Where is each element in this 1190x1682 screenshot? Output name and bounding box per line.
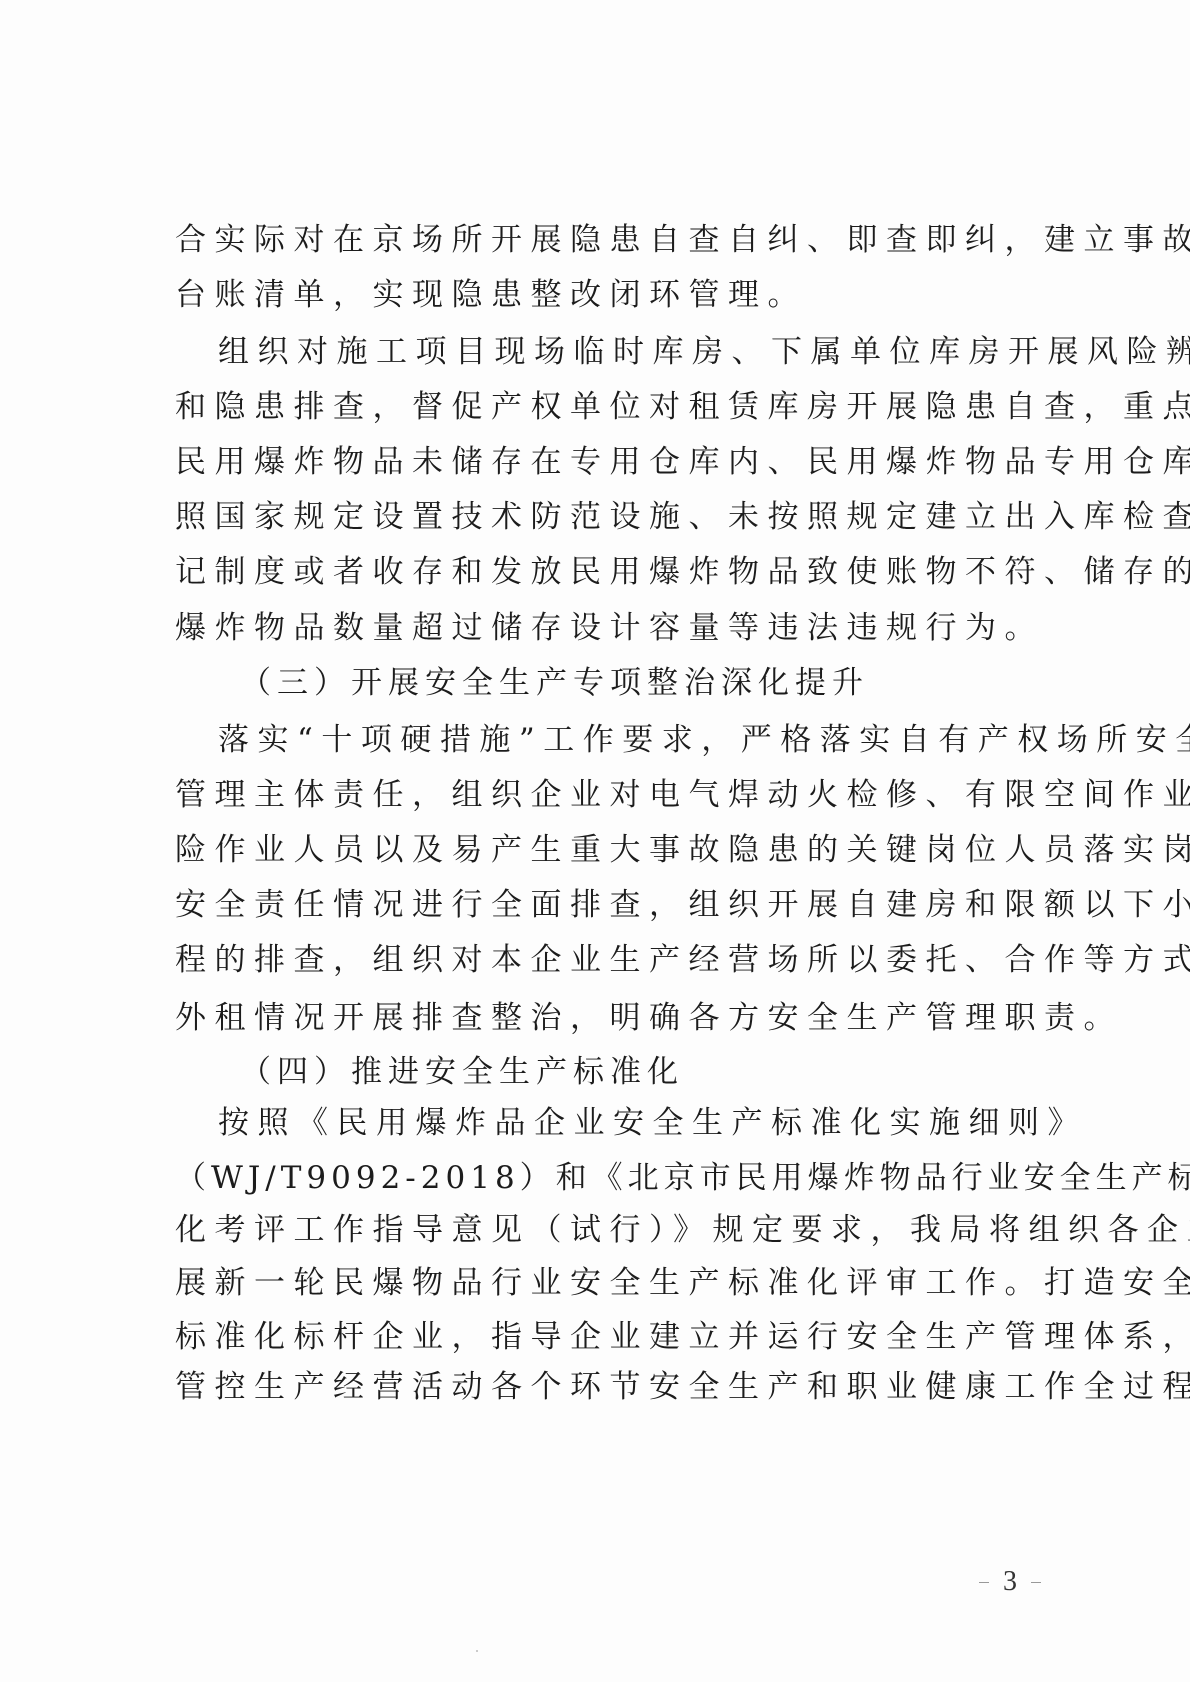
- paragraph-line: 民用爆炸物品未储存在专用仓库内、民用爆炸物品专用仓库未按: [175, 442, 1055, 482]
- paragraph-line: 落实“十项硬措施”工作要求，严格落实自有产权场所安全: [218, 720, 1055, 760]
- paragraph-line: 化考评工作指导意见（试行）》规定要求，我局将组织各企业开: [175, 1210, 1055, 1250]
- paragraph-line: （WJ/T9092-2018）和《北京市民用爆炸物品行业安全生产标准: [175, 1158, 1055, 1198]
- paragraph-line: 管控生产经营活动各个环节安全生产和职业健康工作全过程，切: [175, 1367, 1055, 1407]
- paragraph-line: 和隐患排查，督促产权单位对租赁库房开展隐患自查，重点防范: [175, 387, 1055, 427]
- dash-left: [979, 1582, 989, 1583]
- paragraph-line: 险作业人员以及易产生重大事故隐患的关键岗位人员落实岗位: [175, 830, 1055, 870]
- page-number-value: 3: [1003, 1566, 1017, 1598]
- paragraph-line: 标准化标杆企业，指导企业建立并运行安全生产管理体系，全面: [175, 1317, 1055, 1357]
- paragraph-line: 安全责任情况进行全面排查，组织开展自建房和限额以下小型工: [175, 885, 1055, 925]
- paragraph-line: 外租情况开展排查整治，明确各方安全生产管理职责。: [175, 998, 1055, 1038]
- paragraph-line: 记制度或者收存和发放民用爆炸物品致使账物不符、储存的民用: [175, 552, 1055, 592]
- dash-right: [1031, 1582, 1041, 1583]
- section-heading: （三）开展安全生产专项整治深化提升: [240, 663, 1055, 703]
- paragraph-line: 展新一轮民爆物品行业安全生产标准化评审工作。打造安全生产: [175, 1263, 1055, 1303]
- paragraph-line: 管理主体责任，组织企业对电气焊动火检修、有限空间作业等危: [175, 775, 1055, 815]
- paragraph-line: 按照《民用爆炸品企业安全生产标准化实施细则》: [218, 1103, 1055, 1143]
- document-page: 合实际对在京场所开展隐患自查自纠、即查即纠，建立事故隐患 台账清单，实现隐患整改…: [0, 0, 1190, 1682]
- paragraph-line: 照国家规定设置技术防范设施、未按照规定建立出入库检查、登: [175, 497, 1055, 537]
- paragraph-line: 合实际对在京场所开展隐患自查自纠、即查即纠，建立事故隐患: [175, 220, 1055, 260]
- paragraph-line: 组织对施工项目现场临时库房、下属单位库房开展风险辨识: [218, 332, 1055, 372]
- paragraph-line: 台账清单，实现隐患整改闭环管理。: [175, 275, 1055, 315]
- section-heading: （四）推进安全生产标准化: [240, 1052, 1055, 1092]
- paragraph-line: 爆炸物品数量超过储存设计容量等违法违规行为。: [175, 608, 1055, 648]
- paragraph-line: 程的排查，组织对本企业生产经营场所以委托、合作等方式外包: [175, 940, 1055, 980]
- page-number: 3: [970, 1566, 1050, 1598]
- scan-speck: [476, 1650, 478, 1652]
